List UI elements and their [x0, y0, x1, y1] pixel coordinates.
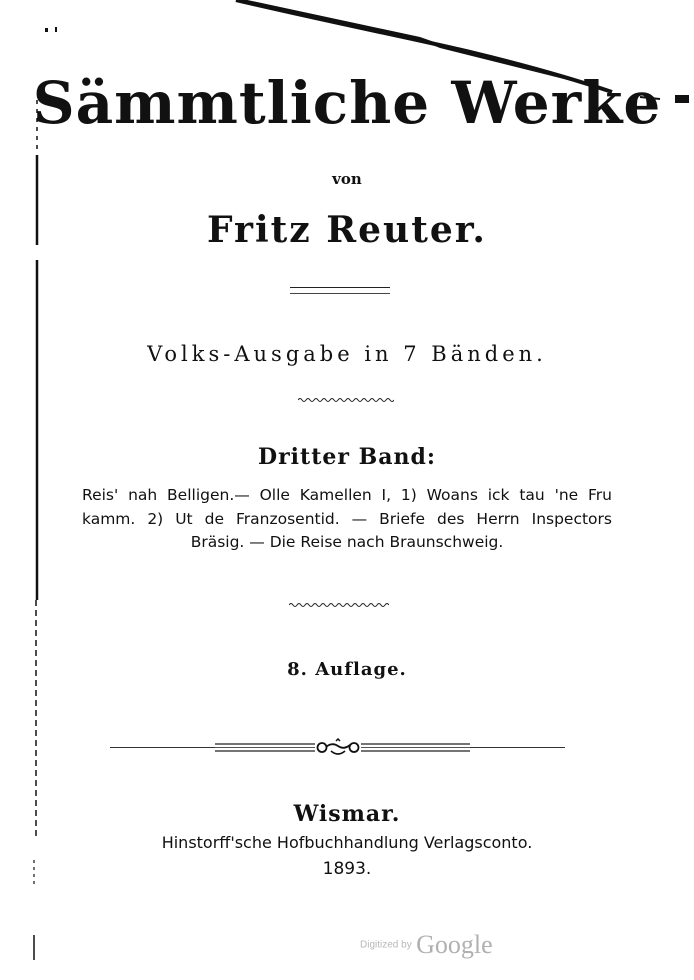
volume-heading: Dritter Band: [0, 443, 694, 471]
publication-place: Wismar. [0, 800, 694, 828]
author-name: Fritz Reuter. [0, 208, 694, 252]
ornamental-divider [110, 738, 566, 758]
volume-contents: Reis' nah Belligen.— Olle Kamellen I, 1)… [82, 484, 612, 555]
printing-edition: 8. Auflage. [0, 658, 694, 682]
contents-line: Bräsig. — Die Reise nach Braunschweig. [82, 531, 612, 555]
by-line: von [0, 170, 694, 188]
publisher-name: Hinstorff'sche Hofbuchhandlung Verlagsco… [0, 832, 694, 854]
contents-line: Reis' nah Belligen.— Olle Kamellen I, 1)… [82, 484, 612, 508]
edition-line: Volks-Ausgabe in 7 Bänden. [0, 340, 694, 368]
divider-wavy-1 [298, 396, 394, 404]
google-logo-text: Google [416, 930, 493, 959]
work-title: Sämmtliche Werke [0, 68, 694, 138]
divider-double-rule [290, 287, 390, 294]
contents-line: kamm. 2) Ut de Franzosentid. — Briefe de… [82, 508, 612, 532]
publication-year: 1893. [0, 857, 694, 881]
divider-wavy-2 [289, 601, 389, 609]
digitized-by-google-watermark: Digitized by Google [360, 930, 493, 960]
watermark-prefix: Digitized by [360, 940, 412, 951]
